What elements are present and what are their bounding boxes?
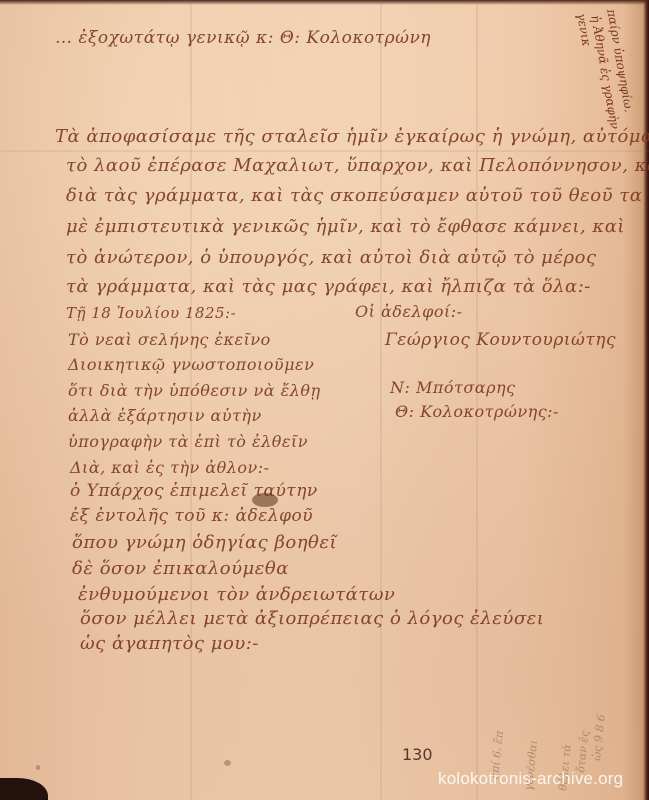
paper-corner-shadow xyxy=(0,778,48,800)
postscript-line: ἀλλὰ ἐξάρτησιν αὐτὴν xyxy=(68,406,262,425)
page-number: 130 xyxy=(402,745,433,764)
paper-right-edge xyxy=(643,0,649,800)
body-line: τὰ γράμματα, καὶ τὰς μας γράφει, καὶ ἤλπ… xyxy=(66,276,591,297)
postscript-line: ὑπογραφὴν τὰ ἐπὶ τὸ ἐλθεῖν xyxy=(68,432,308,451)
postscript-line: ἐνθυμούμενοι τὸν ἀνδρειωτάτων xyxy=(78,584,395,605)
faint-note-line: ὅταν ἐς xyxy=(574,730,591,774)
paper-fold-line xyxy=(476,0,478,800)
postscript-line: ὅτι διὰ τὴν ὑπόθεσιν νὰ ἔλθῃ xyxy=(68,381,321,400)
body-line: τὸ ἀνώτερον, ὁ ὑπουργός, καὶ αὐτοὶ διὰ α… xyxy=(66,247,597,268)
paper-fold-line xyxy=(190,0,192,800)
address-line: … ἐξοχωτάτῳ γενικῷ κ: Θ: Κολοκοτρώνη xyxy=(55,28,431,48)
postscript-line: ὅπου γνώμη ὁδηγίας βοηθεῖ xyxy=(72,532,337,553)
postscript-line: ὡς ἀγαπητὸς μου:- xyxy=(80,633,259,654)
signature-line: Θ: Κολοκοτρώνης:- xyxy=(395,402,559,421)
signature-line: Γεώργιος Κουντουριώτης xyxy=(385,330,616,350)
signature-line: Ν: Μπότσαρης xyxy=(390,378,516,397)
ink-spot xyxy=(36,765,40,770)
archive-watermark: kolokotronis-archive.org xyxy=(438,769,623,789)
postscript-line: Διὰ, καὶ ἐς τὴν ἀθλον:- xyxy=(70,458,270,477)
manuscript-page: … ἐξοχωτάτῳ γενικῷ κ: Θ: Κολοκοτρώνη παί… xyxy=(0,0,649,800)
paper-top-edge xyxy=(0,0,649,5)
postscript-line: ὅσον μέλλει μετὰ ἀξιοπρέπειας ὁ λόγος ἐλ… xyxy=(80,608,544,629)
body-line: τὸ λαοῦ ἐπέρασε Μαχαλιωτ, ὕπαρχον, καὶ Π… xyxy=(66,155,649,176)
postscript-line: ἐξ ἐντολῆς τοῦ κ: ἀδελφοῦ xyxy=(70,506,313,526)
paper-fold-line xyxy=(380,0,382,800)
ink-spot xyxy=(224,760,231,766)
paper-fold-line xyxy=(0,150,649,152)
postscript-line: Διοικητικῷ γνωστοποιοῦμεν xyxy=(68,355,314,374)
postscript-line: Τὸ νεαὶ σελήνης ἐκεῖνο xyxy=(68,330,271,349)
body-line: Τὰ ἀποφασίσαμε τῆς σταλεῖσ ἡμῖν ἐγκαίρως… xyxy=(55,126,649,147)
closing-salutation: Οἱ ἀδελφοί:- xyxy=(355,302,463,321)
postscript-line: ὁ Υπάρχος ἐπιμελεῖ ταύτην xyxy=(70,481,318,501)
body-line: διὰ τὰς γράμματα, καὶ τὰς σκοπεύσαμεν αὐ… xyxy=(66,185,642,206)
ink-blot xyxy=(252,493,278,507)
postscript-line: δὲ ὅσον ἐπικαλούμεθα xyxy=(72,558,289,579)
body-line: μὲ ἐμπιστευτικὰ γενικῶς ἡμῖν, καὶ τὸ ἔφθ… xyxy=(66,216,625,237)
faint-note-line: ὡς 9 8 6 xyxy=(590,714,608,762)
dateline: Τῇ 18 Ἰουλίου 1825:- xyxy=(66,304,236,322)
